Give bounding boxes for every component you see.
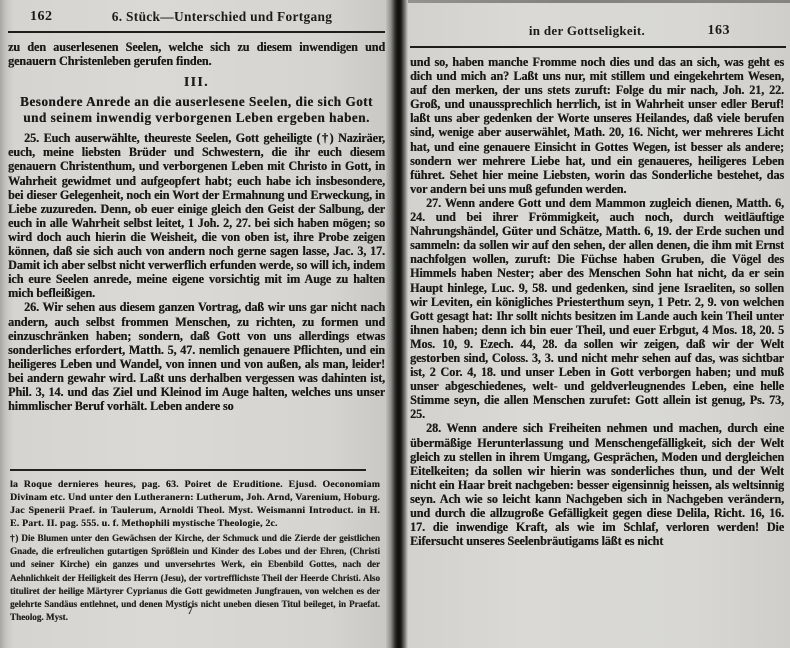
paragraph-28: 28. Wenn andere sich Freiheiten nehmen u…: [410, 421, 784, 548]
running-title-left: 6. Stück—Unterschied und Fortgang: [8, 9, 378, 25]
signature-mark: 7: [0, 605, 380, 617]
section-heading: Besondere Anrede an die auserlesene Seel…: [8, 94, 385, 126]
page-left: 162 6. Stück—Unterschied und Fortgang zu…: [0, 0, 386, 648]
continuation-paragraph-right: und so, haben manche Fromme noch dies un…: [410, 55, 784, 196]
section-number: III.: [8, 75, 385, 89]
page-right: in der Gottseligkeit. 163 und so, haben …: [408, 0, 790, 648]
page-number-right: 163: [708, 23, 731, 39]
page-number-left: 162: [30, 9, 53, 25]
footnote-separator-rule: [10, 469, 366, 471]
page-left-header: 162 6. Stück—Unterschied und Fortgang: [8, 9, 378, 25]
page-left-body: zu den auserlesenen Seelen, welche sich …: [8, 40, 385, 413]
footnote-block: la Roque dernieres heures, pag. 63. Poir…: [10, 469, 380, 624]
paragraph-27: 27. Wenn andere Gott und dem Mammon zugl…: [410, 196, 784, 422]
book-scan-spread: 162 6. Stück—Unterschied und Fortgang zu…: [0, 0, 790, 648]
book-gutter: [386, 0, 408, 648]
page-right-header: in der Gottseligkeit. 163: [416, 23, 782, 39]
paragraph-25: 25. Euch auserwählte, theureste Seelen, …: [8, 131, 385, 300]
header-rule-right: [410, 46, 786, 48]
page-right-body: und so, haben manche Fromme noch dies un…: [410, 55, 784, 548]
continuation-paragraph-left: zu den auserlesenen Seelen, welche sich …: [8, 40, 385, 68]
paragraph-26: 26. Wir sehen aus diesem ganzen Vortrag,…: [8, 300, 385, 413]
header-rule-left: [8, 31, 385, 33]
footnote-continuation: la Roque dernieres heures, pag. 63. Poir…: [10, 478, 380, 530]
